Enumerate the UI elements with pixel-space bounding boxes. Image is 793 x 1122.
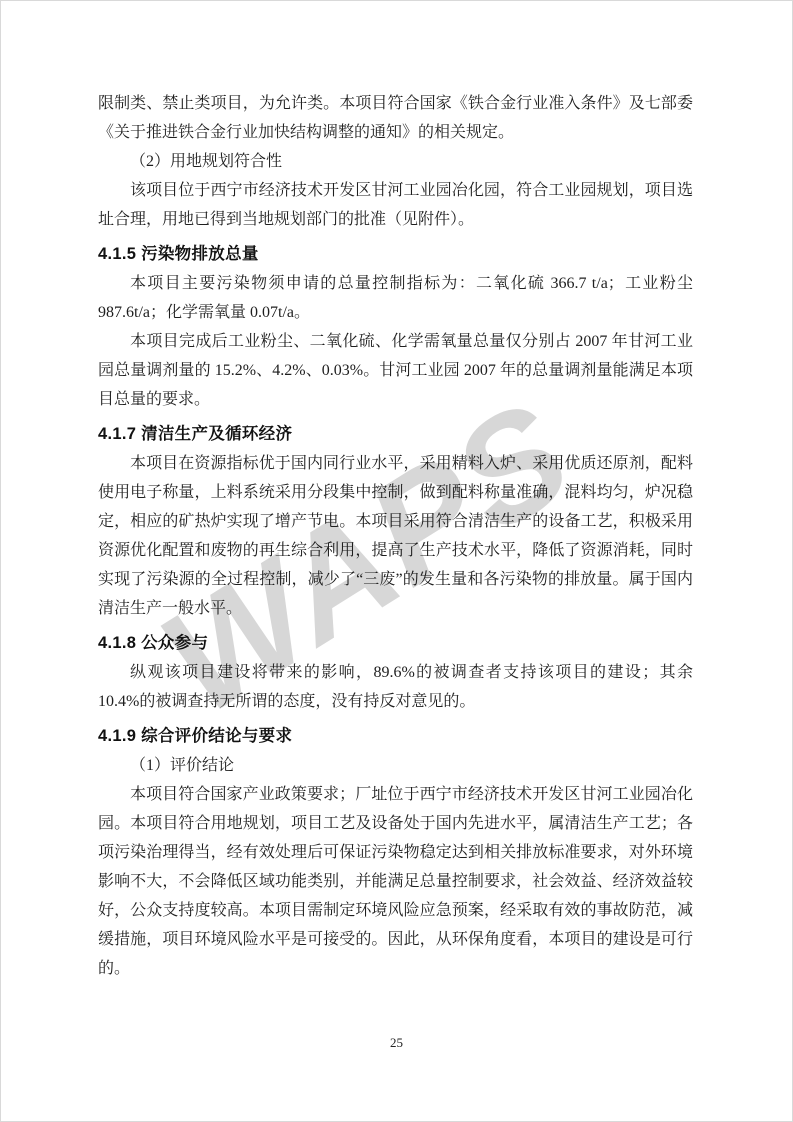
paragraph-final-conclusion: 本项目符合国家产业政策要求；厂址位于西宁市经济技术开发区甘河工业园冶化园。本项目… bbox=[98, 780, 693, 983]
paragraph-policy-compliance-continuation: 限制类、禁止类项目，为允许类。本项目符合国家《铁合金行业准入条件》及七部委《关于… bbox=[98, 89, 693, 147]
page-content: 限制类、禁止类项目，为允许类。本项目符合国家《铁合金行业准入条件》及七部委《关于… bbox=[98, 89, 693, 983]
paragraph-land-use-planning-label: （2）用地规划符合性 bbox=[98, 147, 693, 176]
section-heading-4-1-7: 4.1.7 清洁生产及循环经济 bbox=[98, 420, 693, 449]
paragraph-site-approval: 该项目位于西宁市经济技术开发区甘河工业园冶化园，符合工业园规划，项目选址合理，用… bbox=[98, 176, 693, 234]
section-heading-4-1-9: 4.1.9 综合评价结论与要求 bbox=[98, 722, 693, 751]
section-heading-4-1-5: 4.1.5 污染物排放总量 bbox=[98, 240, 693, 269]
section-heading-4-1-8: 4.1.8 公众参与 bbox=[98, 629, 693, 658]
page-number: 25 bbox=[1, 1035, 792, 1051]
paragraph-evaluation-conclusion-label: （1）评价结论 bbox=[98, 751, 693, 780]
paragraph-clean-production: 本项目在资源指标优于国内同行业水平，采用精料入炉、采用优质还原剂，配料使用电子称… bbox=[98, 449, 693, 623]
paragraph-quota-percentages: 本项目完成后工业粉尘、二氧化硫、化学需氧量总量仅分别占 2007 年甘河工业园总… bbox=[98, 327, 693, 414]
paragraph-public-participation: 纵观该项目建设将带来的影响，89.6%的被调查者支持该项目的建设；其余 10.4… bbox=[98, 658, 693, 716]
paragraph-total-emission-indicators: 本项目主要污染物须申请的总量控制指标为：二氧化硫 366.7 t/a；工业粉尘 … bbox=[98, 269, 693, 327]
document-page: WAPS 限制类、禁止类项目，为允许类。本项目符合国家《铁合金行业准入条件》及七… bbox=[0, 0, 793, 1122]
